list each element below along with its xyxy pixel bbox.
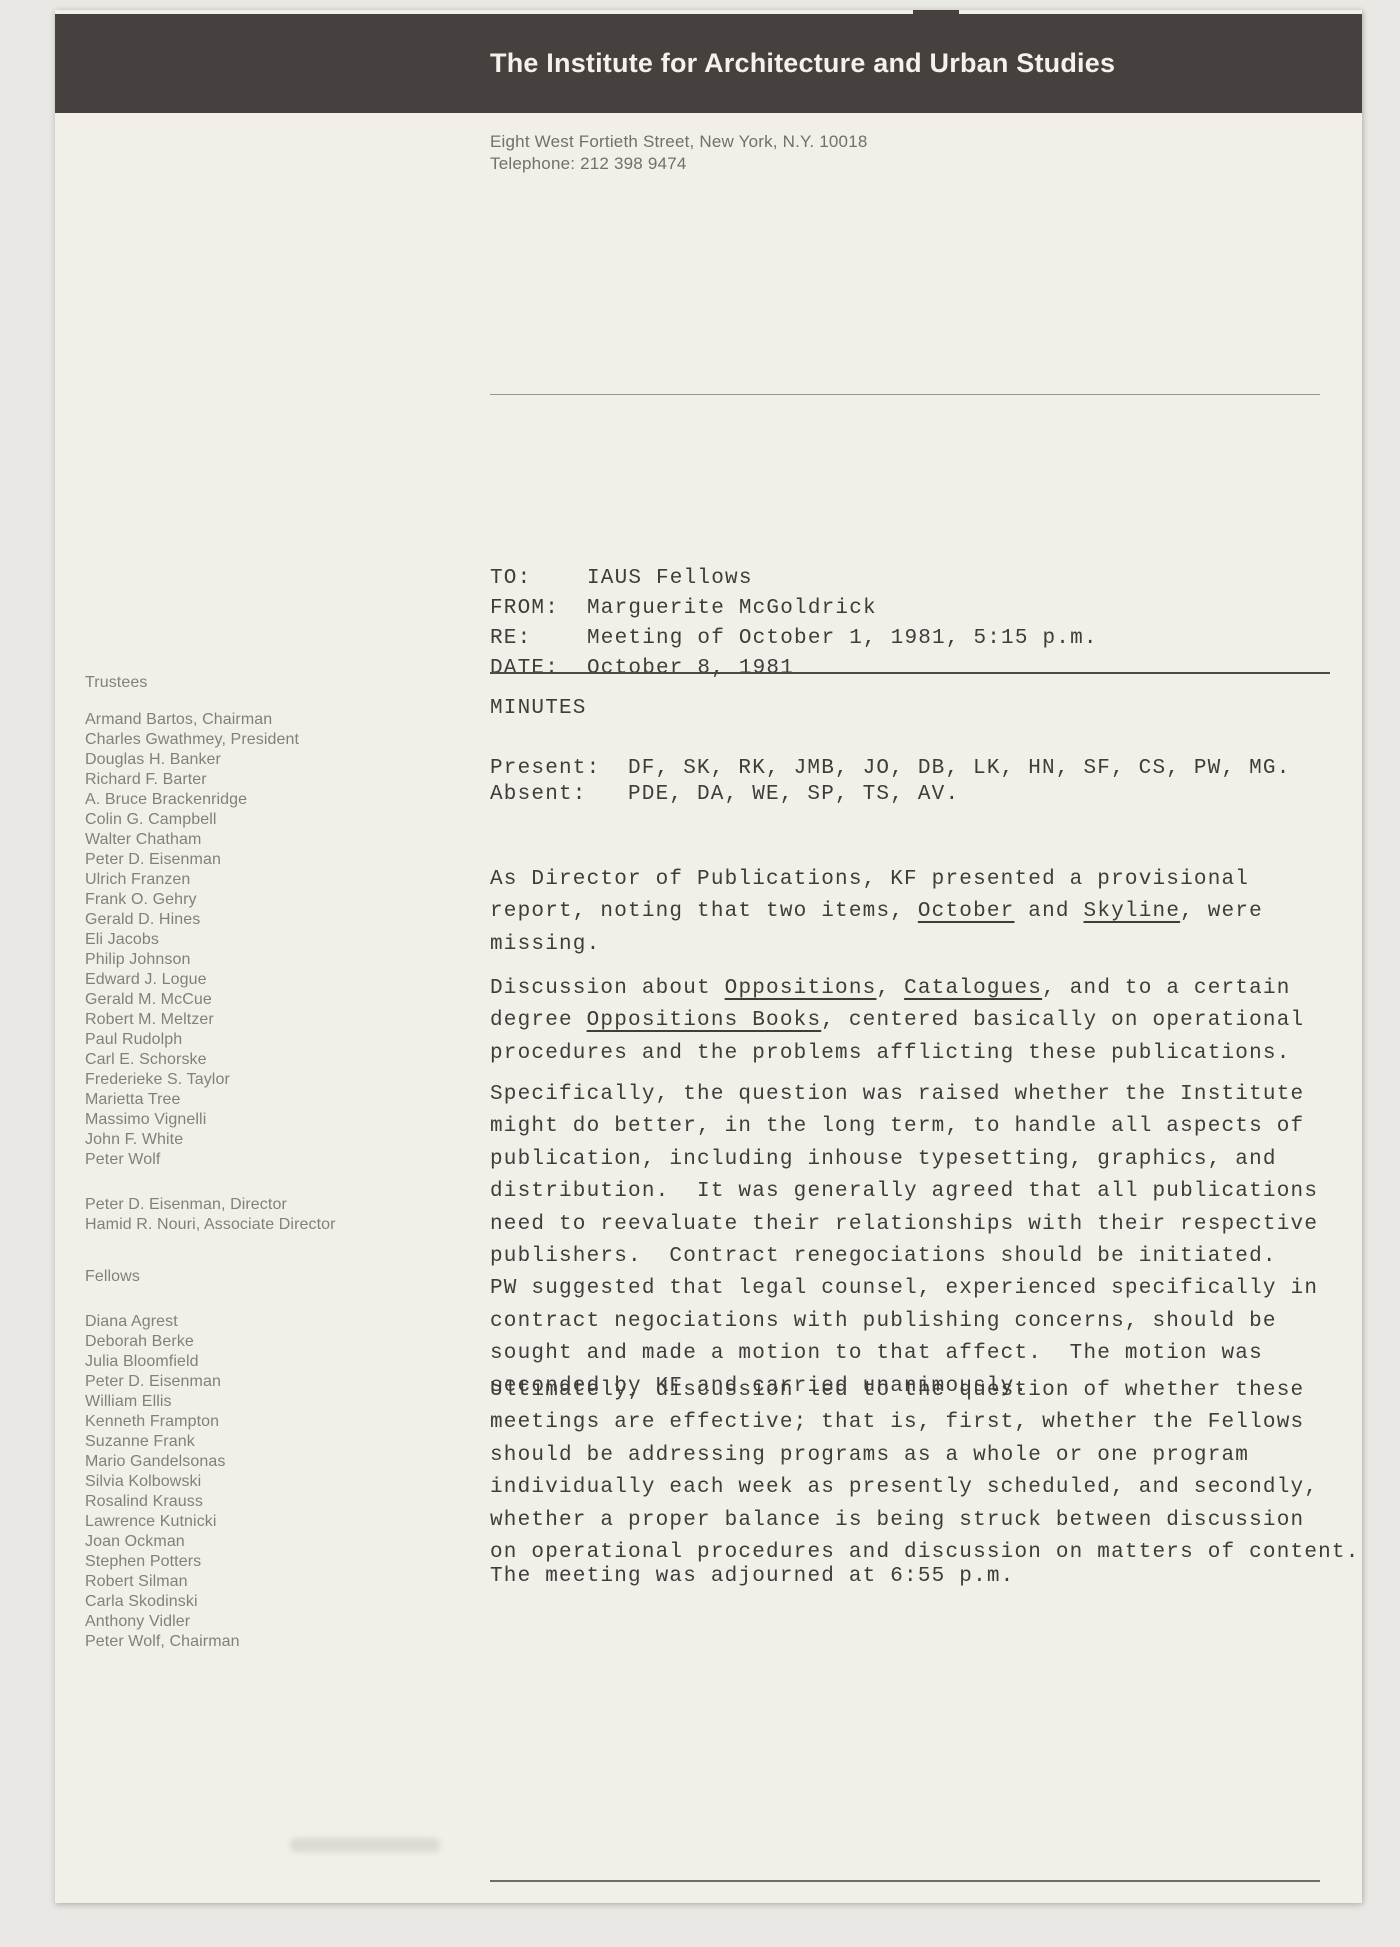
fellow-name: Rosalind Krauss (85, 1492, 240, 1512)
fellows-heading: Fellows (85, 1267, 140, 1287)
memo-field-label: TO: (490, 564, 587, 594)
memo-field-value: Marguerite McGoldrick (587, 594, 877, 624)
attendance-row: Absent:PDE, DA, WE, SP, TS, AV. (490, 782, 1291, 808)
fellow-name: Joan Ockman (85, 1532, 240, 1552)
fellow-name: William Ellis (85, 1392, 240, 1412)
underlined-publication-title: Skyline (1084, 900, 1181, 923)
trustee-name: Marietta Tree (85, 1090, 299, 1110)
memo-field-label: RE: (490, 624, 587, 654)
attendance-row-label: Present: (490, 756, 628, 782)
trustee-name: Gerald D. Hines (85, 910, 299, 930)
letterhead-address: Eight West Fortieth Street, New York, N.… (490, 131, 868, 174)
trustee-name: Gerald M. McCue (85, 990, 299, 1010)
letterhead-bar: The Institute for Architecture and Urban… (55, 14, 1362, 113)
trustee-name: Philip Johnson (85, 950, 299, 970)
memo-page: The Institute for Architecture and Urban… (55, 10, 1362, 1903)
underlined-publication-title: Oppositions Books (587, 1009, 822, 1032)
trustee-name: Carl E. Schorske (85, 1050, 299, 1070)
fellow-name: Peter Wolf, Chairman (85, 1632, 240, 1652)
trustee-name: Walter Chatham (85, 830, 299, 850)
body-paragraph: Discussion about Oppositions, Catalogues… (490, 973, 1380, 1070)
fellow-name: Stephen Potters (85, 1552, 240, 1572)
paragraph-text: Ultimately, discussion led to the questi… (490, 1379, 1360, 1564)
trustee-name: Paul Rudolph (85, 1030, 299, 1050)
trustees-heading: Trustees (85, 673, 147, 693)
body-paragraph: Ultimately, discussion led to the questi… (490, 1375, 1380, 1569)
fellow-name: Anthony Vidler (85, 1612, 240, 1632)
attendance-row-label: Absent: (490, 782, 628, 808)
trustee-name: Richard F. Barter (85, 770, 299, 790)
memo-header-underline (490, 672, 1330, 674)
fellow-name: Mario Gandelsonas (85, 1452, 240, 1472)
memo-field: RE:Meeting of October 1, 1981, 5:15 p.m. (490, 624, 1098, 654)
fellows-list: Diana AgrestDeborah BerkeJulia Bloomfiel… (85, 1312, 240, 1652)
attendance-row: Present:DF, SK, RK, JMB, JO, DB, LK, HN,… (490, 756, 1291, 782)
memo-field-label: DATE: (490, 654, 587, 684)
memo-field: TO:IAUS Fellows (490, 564, 1098, 594)
address-line: Eight West Fortieth Street, New York, N.… (490, 131, 868, 153)
paragraph-text: Discussion about (490, 977, 725, 1000)
attendance-row-value: PDE, DA, WE, SP, TS, AV. (628, 782, 959, 808)
paragraph-text: Specifically, the question was raised wh… (490, 1083, 1318, 1398)
underlined-publication-title: Oppositions (725, 977, 877, 1000)
trustee-name: Frank O. Gehry (85, 890, 299, 910)
memo-field-value: Meeting of October 1, 1981, 5:15 p.m. (587, 624, 1098, 654)
fellow-name: Robert Silman (85, 1572, 240, 1592)
directors-list: Peter D. Eisenman, DirectorHamid R. Nour… (85, 1195, 336, 1235)
fellow-name: Peter D. Eisenman (85, 1372, 240, 1392)
trustee-name: Peter D. Eisenman (85, 850, 299, 870)
memo-field-value: IAUS Fellows (587, 564, 753, 594)
trustee-name: Frederieke S. Taylor (85, 1070, 299, 1090)
trustee-name: Massimo Vignelli (85, 1110, 299, 1130)
pencil-smudge (290, 1838, 440, 1852)
trustee-name: Ulrich Franzen (85, 870, 299, 890)
attendance-block: Present:DF, SK, RK, JMB, JO, DB, LK, HN,… (490, 756, 1291, 807)
fellow-name: Julia Bloomfield (85, 1352, 240, 1372)
trustee-name: Edward J. Logue (85, 970, 299, 990)
trustee-name: John F. White (85, 1130, 299, 1150)
paragraph-text: , (876, 977, 904, 1000)
memo-field-label: FROM: (490, 594, 587, 624)
memo-header-fields: TO:IAUS FellowsFROM:Marguerite McGoldric… (490, 564, 1098, 684)
scan-artifact (913, 10, 959, 17)
fellow-name: Kenneth Frampton (85, 1412, 240, 1432)
trustee-name: Charles Gwathmey, President (85, 730, 299, 750)
fellow-name: Lawrence Kutnicki (85, 1512, 240, 1532)
minutes-title: MINUTES (490, 696, 587, 721)
horizontal-rule-bottom (490, 1880, 1320, 1882)
trustees-list: Armand Bartos, ChairmanCharles Gwathmey,… (85, 710, 299, 1170)
horizontal-rule-top (490, 394, 1320, 395)
fellow-name: Suzanne Frank (85, 1432, 240, 1452)
fellow-name: Silvia Kolbowski (85, 1472, 240, 1492)
paragraph-text: and (1015, 900, 1084, 923)
trustee-name: Armand Bartos, Chairman (85, 710, 299, 730)
attendance-row-value: DF, SK, RK, JMB, JO, DB, LK, HN, SF, CS,… (628, 756, 1291, 782)
paragraph-text: The meeting was adjourned at 6:55 p.m. (490, 1565, 1014, 1588)
trustee-name: Douglas H. Banker (85, 750, 299, 770)
fellow-name: Carla Skodinski (85, 1592, 240, 1612)
trustee-name: Colin G. Campbell (85, 810, 299, 830)
body-paragraph: The meeting was adjourned at 6:55 p.m. (490, 1561, 1380, 1593)
fellow-name: Deborah Berke (85, 1332, 240, 1352)
trustee-name: Robert M. Meltzer (85, 1010, 299, 1030)
memo-field: DATE:October 8, 1981 (490, 654, 1098, 684)
fellow-name: Diana Agrest (85, 1312, 240, 1332)
body-paragraph: As Director of Publications, KF presente… (490, 864, 1380, 961)
body-paragraph: Specifically, the question was raised wh… (490, 1079, 1380, 1403)
underlined-publication-title: Catalogues (904, 977, 1042, 1000)
director-name: Hamid R. Nouri, Associate Director (85, 1215, 336, 1235)
trustee-name: Peter Wolf (85, 1150, 299, 1170)
address-line: Telephone: 212 398 9474 (490, 153, 868, 175)
trustee-name: Eli Jacobs (85, 930, 299, 950)
memo-field: FROM:Marguerite McGoldrick (490, 594, 1098, 624)
institute-title: The Institute for Architecture and Urban… (55, 48, 1115, 79)
trustee-name: A. Bruce Brackenridge (85, 790, 299, 810)
memo-field-value: October 8, 1981 (587, 654, 794, 684)
underlined-publication-title: October (918, 900, 1015, 923)
director-name: Peter D. Eisenman, Director (85, 1195, 336, 1215)
